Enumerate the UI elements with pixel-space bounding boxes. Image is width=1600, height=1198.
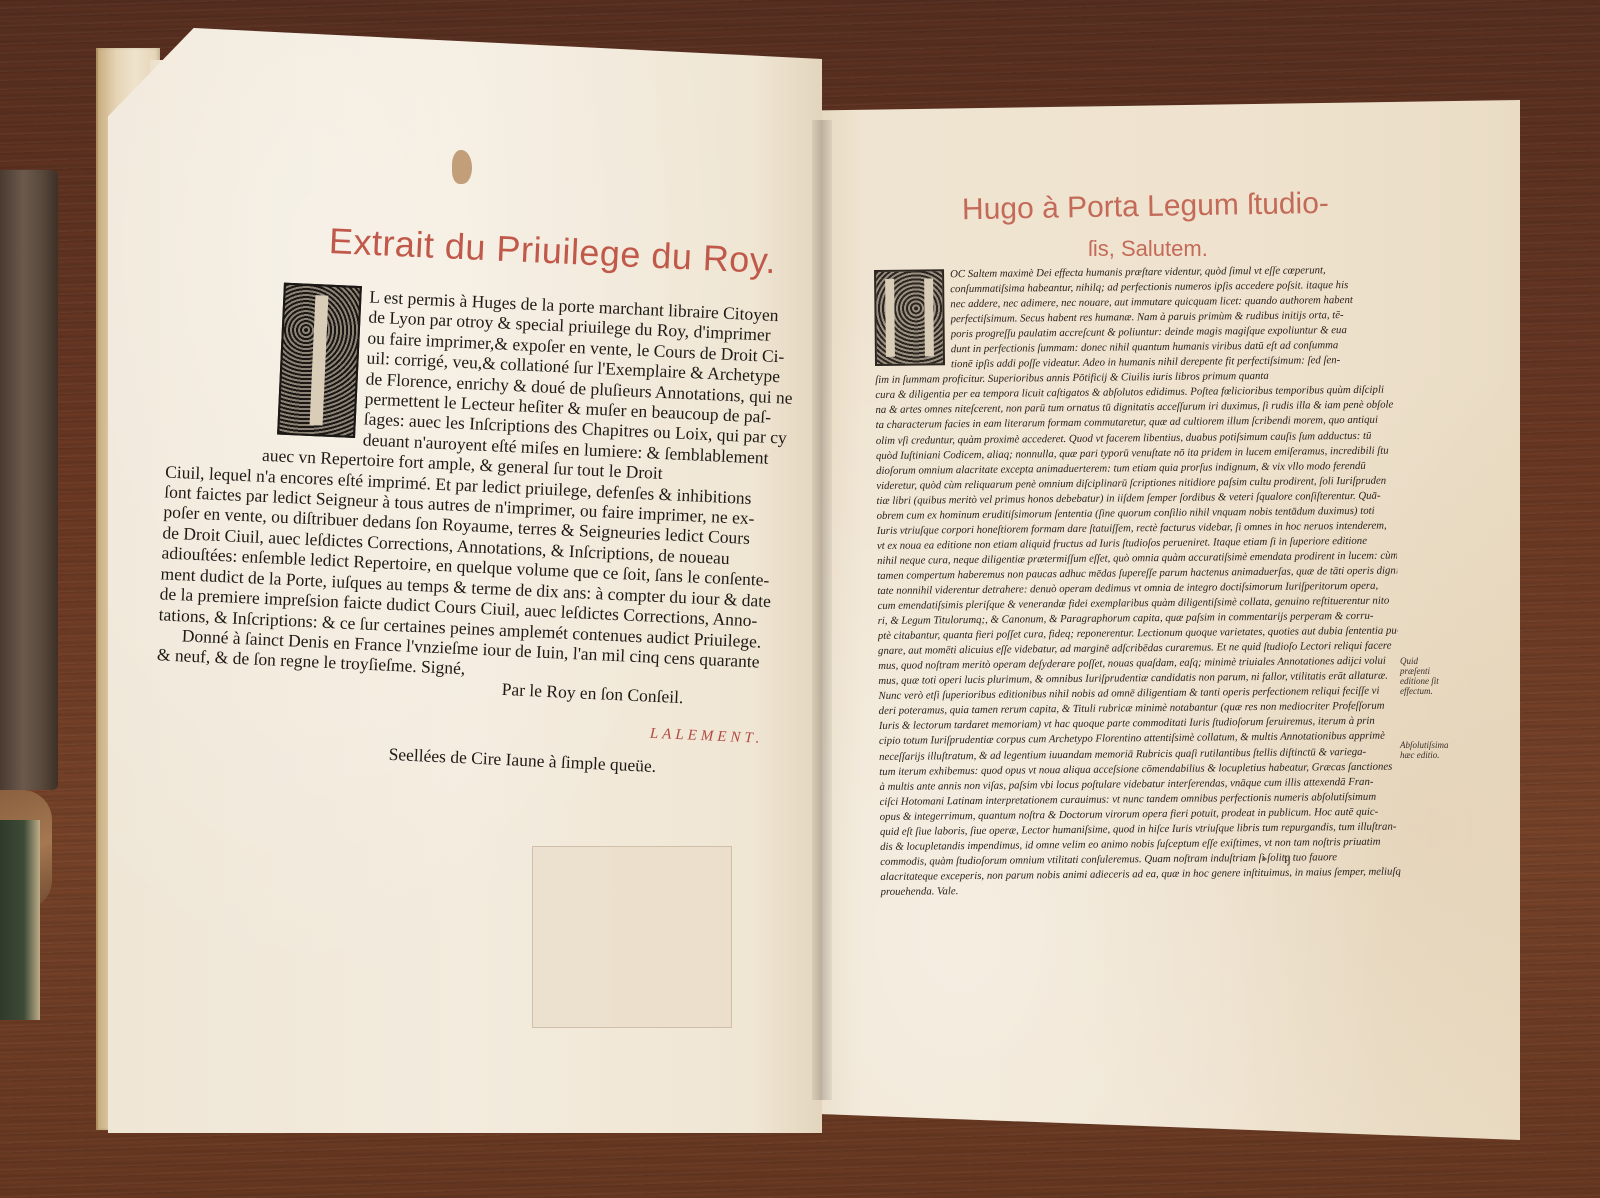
pasted-paper-slip <box>532 846 732 1028</box>
decorated-initial-h-icon <box>874 269 945 366</box>
privilege-text: L est permis à Huges de la porte marchan… <box>252 282 809 694</box>
signature-star: * <box>1262 856 1267 867</box>
adjacent-book-spine <box>0 170 58 790</box>
margin-note: Quid præſenti editione ſit effectum. <box>1400 656 1444 696</box>
decorated-initial-i-icon <box>277 283 362 438</box>
dedication-text: OC Saltem maximè Dei effecta humanis præ… <box>874 263 1401 900</box>
margin-note: Abſolutiſsima hæc editio. <box>1400 740 1444 760</box>
signature-mark: ij <box>1284 852 1291 867</box>
adjacent-book-green <box>0 820 40 1020</box>
book-gutter <box>812 120 832 1100</box>
dedication-subtitle: ſis, Salutem. <box>1088 236 1208 262</box>
dedication-title: Hugo à Porta Legum ſtudio- <box>962 187 1329 227</box>
foxing-stain <box>452 150 472 184</box>
